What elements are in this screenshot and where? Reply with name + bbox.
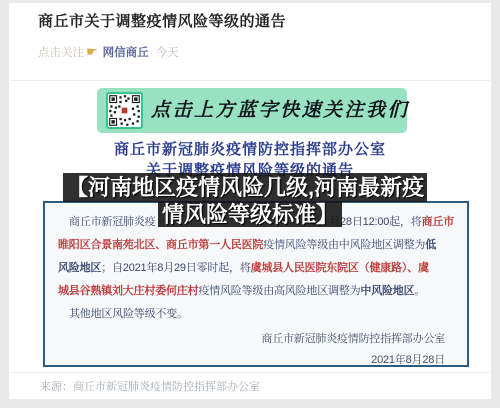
- source-line: 来源：商丘市新冠肺炎疫情防控指挥部办公室: [40, 378, 260, 394]
- notice-line-2: 睢阳区合景南苑北区、商丘市第一人民医院疫情风险等级由中风险地区调整为低: [58, 234, 454, 257]
- signature-org: 商丘市新冠肺炎疫情防控指挥部办公室: [58, 329, 445, 350]
- publish-time: 今天: [156, 47, 179, 59]
- account-link[interactable]: 网信商丘: [103, 47, 149, 59]
- article-page: 商丘市关于调整疫情风险等级的通告 点击关注☛网信商丘今天: [0, 0, 500, 408]
- image-top-divider: [10, 80, 490, 81]
- notice-line-5: 其他地区风险等级不变。: [58, 303, 454, 326]
- notice-line-4: 城县谷熟镇刘大庄村委何庄村疫情风险等级由高风险地区调整为中风险地区。: [58, 280, 454, 303]
- notice-line-3: 风险地区；自2021年8月29日零时起，将虞城县人民医院东院区（健康路）、虞: [58, 257, 454, 280]
- line3-red: 虞城县人民医院东院区（健康路）、虞: [251, 262, 429, 274]
- line4-bold: 中风险地区: [360, 285, 414, 297]
- line4-end: 。: [414, 285, 425, 297]
- watermark-overlay-line1: 【河南地区疫情风险几级,河南最新疫: [63, 173, 427, 202]
- article-title: 商丘市关于调整疫情风险等级的通告: [38, 10, 286, 31]
- notice-signature: 商丘市新冠肺炎疫情防控指挥部办公室 2021年8月28日: [58, 329, 454, 371]
- pointing-hand-icon: ☛: [86, 44, 98, 59]
- watermark-overlay-line2-wrap: 情风险等级标准】: [0, 202, 500, 227]
- notice-header-org: 商丘市新冠肺炎疫情防控指挥部办公室: [0, 138, 500, 159]
- line4-mid: 疫情风险等级由高风险地区调整为: [198, 285, 360, 297]
- banner-text: 点击上方蓝字快速关注我们: [151, 88, 409, 133]
- line3-bold: 风险地区: [58, 262, 101, 274]
- byline: 点击关注☛网信商丘今天: [38, 44, 179, 60]
- line2-mid: 疫情风险等级由中风险地区调整为: [263, 239, 425, 251]
- line3-mid: ；自2021年8月29日零时起，将: [101, 262, 250, 274]
- line2-bold: 低: [425, 239, 436, 251]
- line2-red: 睢阳区合景南苑北区、商丘市第一人民医院: [58, 239, 263, 251]
- line4-red: 城县谷熟镇刘大庄村委何庄村: [58, 285, 198, 297]
- follow-banner: 点击上方蓝字快速关注我们: [97, 88, 407, 133]
- qr-code-icon: [106, 92, 143, 129]
- image-bottom-divider: [10, 372, 490, 373]
- follow-link[interactable]: 点击关注: [38, 47, 84, 59]
- watermark-overlay-line2: 情风险等级标准】: [158, 202, 342, 227]
- signature-date: 2021年8月28日: [58, 350, 445, 371]
